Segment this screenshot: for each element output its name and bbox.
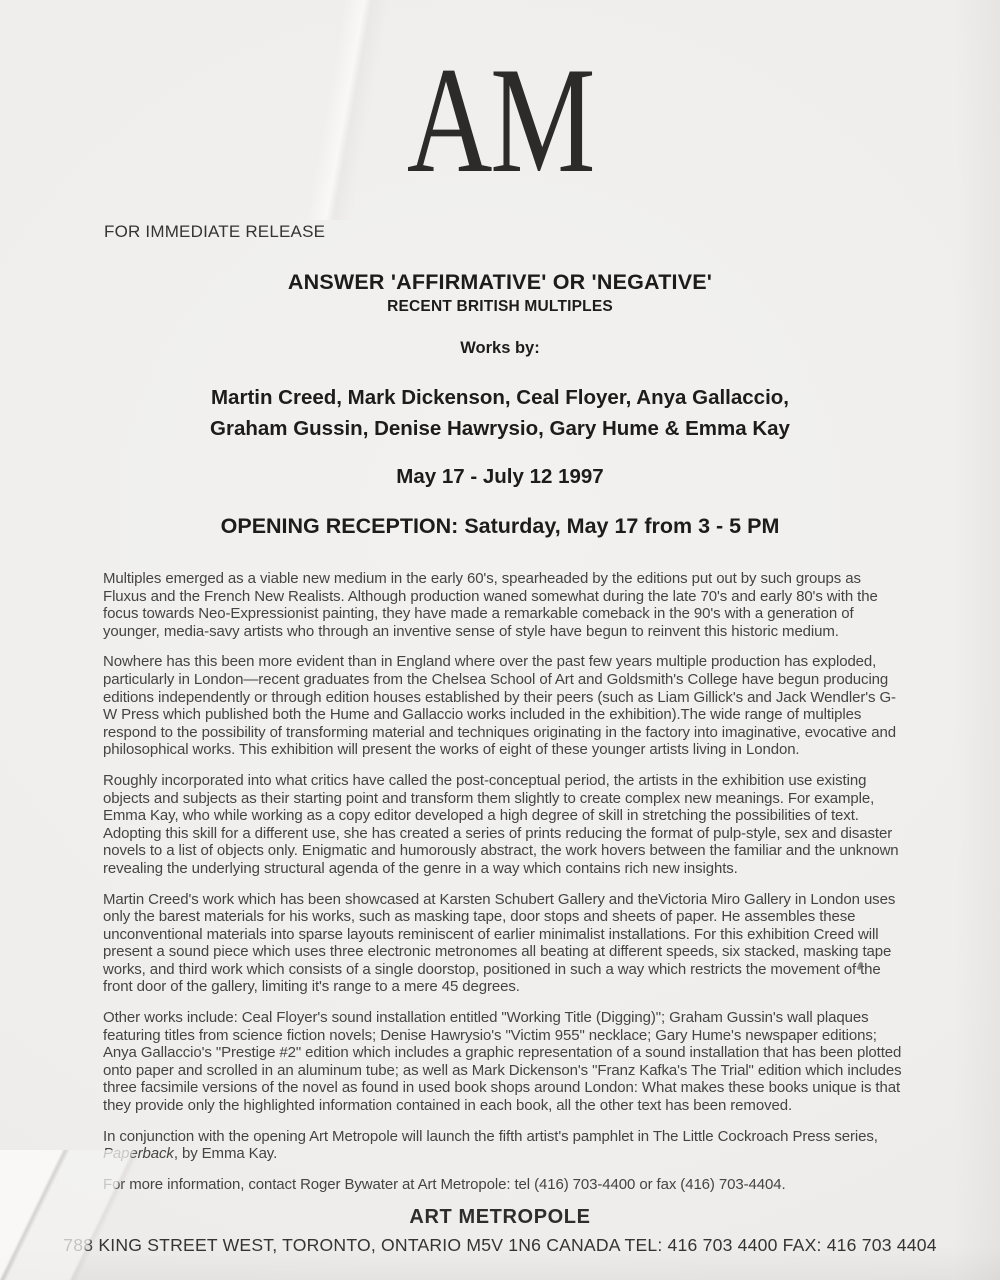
paragraph-other-works: Other works include: Ceal Floyer's sound… — [103, 1009, 908, 1115]
artist-names-line-1: Martin Creed, Mark Dickenson, Ceal Floye… — [0, 382, 1000, 413]
footer-address-line: 788 KING STREET WEST, TORONTO, ONTARIO M… — [0, 1235, 1000, 1256]
footer-organization-name: ART METROPOLE — [0, 1206, 1000, 1229]
opening-reception-line: OPENING RECEPTION: Saturday, May 17 from… — [0, 514, 1000, 539]
paragraph-london-scene: Nowhere has this been more evident than … — [103, 653, 908, 759]
paragraph-multiples-history: Multiples emerged as a viable new medium… — [103, 570, 908, 640]
am-logo: AM — [110, 44, 890, 196]
release-line: FOR IMMEDIATE RELEASE — [104, 222, 1000, 242]
paragraph-contact-info: For more information, contact Roger Bywa… — [103, 1176, 908, 1194]
paragraph-martin-creed: Martin Creed's work which has been showc… — [103, 891, 908, 997]
paper-edge-shade-right — [954, 0, 1000, 1280]
paragraph-post-conceptual: Roughly incorporated into what critics h… — [103, 772, 908, 878]
launch-note-title-italic: Paperback — [103, 1145, 174, 1162]
artist-names-line-2: Graham Gussin, Denise Hawrysio, Gary Hum… — [0, 413, 1000, 444]
launch-note-post: , by Emma Kay. — [174, 1145, 277, 1162]
press-release-page: AM FOR IMMEDIATE RELEASE ANSWER 'AFFIRMA… — [0, 0, 1000, 1280]
body-copy: Multiples emerged as a viable new medium… — [103, 570, 908, 1193]
exhibition-subtitle: RECENT BRITISH MULTIPLES — [0, 298, 1000, 316]
exhibition-title: ANSWER 'AFFIRMATIVE' OR 'NEGATIVE' — [0, 270, 1000, 295]
works-by-label: Works by: — [0, 339, 1000, 358]
artist-names: Martin Creed, Mark Dickenson, Ceal Floye… — [0, 382, 1000, 444]
paragraph-launch-note: In conjunction with the opening Art Metr… — [103, 1128, 908, 1163]
exhibition-dates: May 17 - July 12 1997 — [0, 465, 1000, 489]
launch-note-pre: In conjunction with the opening Art Metr… — [103, 1128, 878, 1145]
